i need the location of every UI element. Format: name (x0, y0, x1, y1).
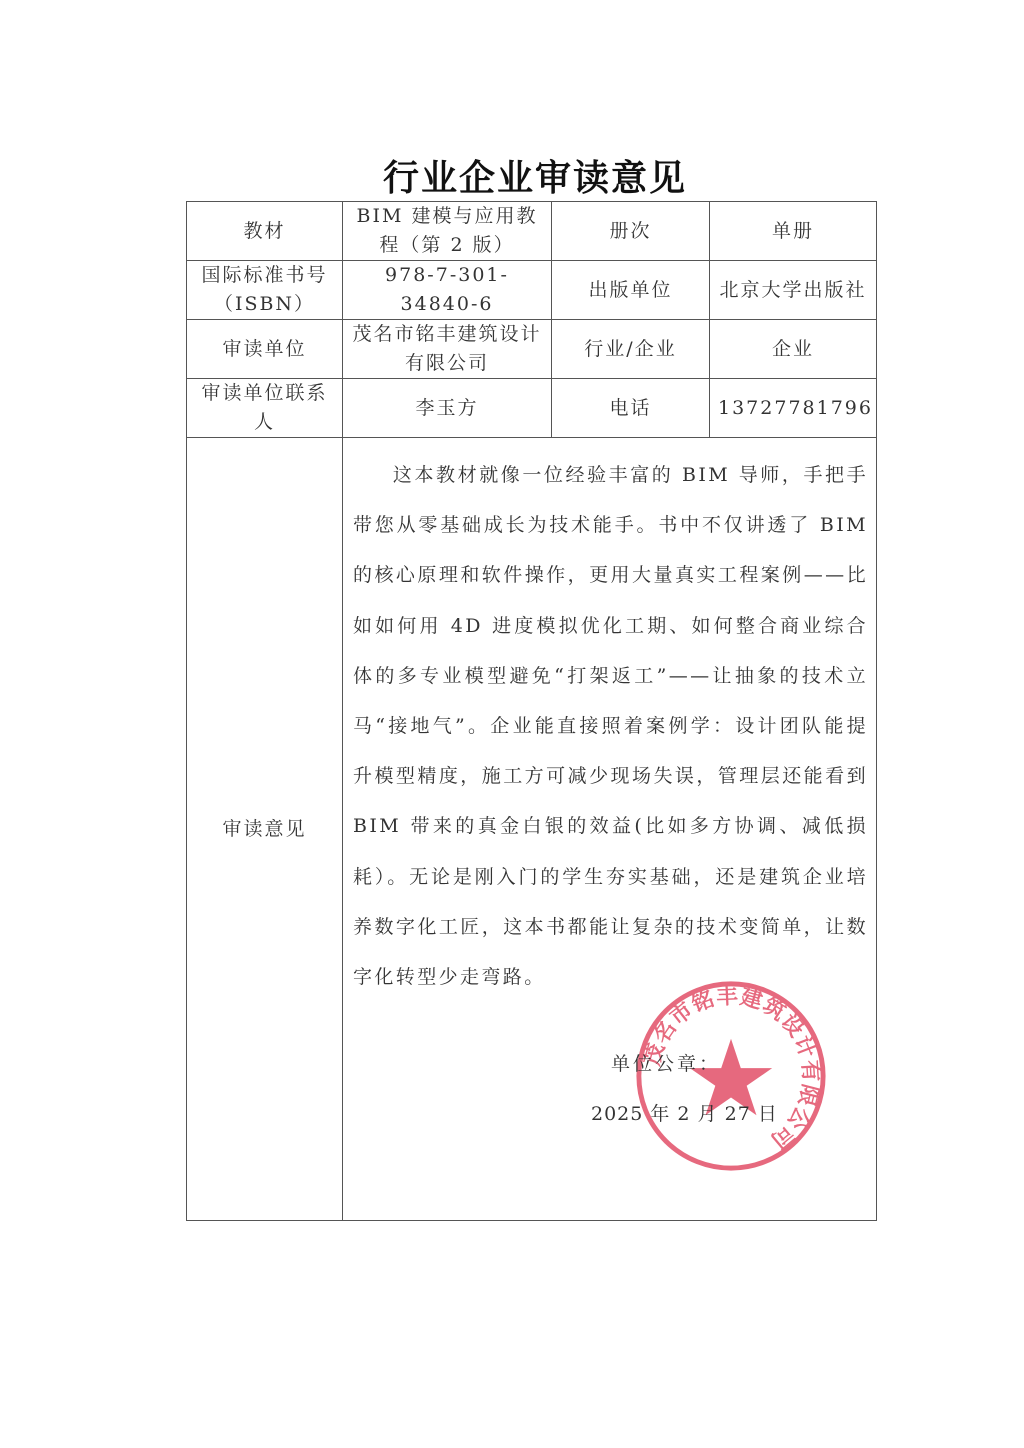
opinion-cell: 这本教材就像一位经验丰富的 BIM 导师，手把手带您从零基础成长为技术能手。书中… (343, 438, 877, 1221)
row-opinion: 审读意见 这本教材就像一位经验丰富的 BIM 导师，手把手带您从零基础成长为技术… (187, 438, 877, 1221)
value-volume: 单册 (710, 202, 877, 261)
row-reviewer-unit: 审读单位 茂名市铭丰建筑设计有限公司 行业/企业 企业 (187, 320, 877, 379)
row-contact: 审读单位联系人 李玉方 电话 13727781796 (187, 379, 877, 438)
value-publisher: 北京大学出版社 (710, 261, 877, 320)
label-volume: 册次 (552, 202, 710, 261)
review-form-table: 教材 BIM 建模与应用教程（第 2 版） 册次 单册 国际标准书号（ISBN）… (186, 201, 877, 1221)
seal-label: 单位公章： (611, 1050, 721, 1079)
label-phone: 电话 (552, 379, 710, 438)
signing-date: 2025 年 2 月 27 日 (591, 1100, 778, 1129)
value-textbook: BIM 建模与应用教程（第 2 版） (343, 202, 552, 261)
label-isbn: 国际标准书号（ISBN） (187, 261, 343, 320)
value-contact: 李玉方 (343, 379, 552, 438)
label-publisher: 出版单位 (552, 261, 710, 320)
label-opinion: 审读意见 (187, 438, 343, 1221)
value-industry-type: 企业 (710, 320, 877, 379)
row-textbook: 教材 BIM 建模与应用教程（第 2 版） 册次 单册 (187, 202, 877, 261)
label-textbook: 教材 (187, 202, 343, 261)
value-reviewer-unit: 茂名市铭丰建筑设计有限公司 (343, 320, 552, 379)
opinion-text: 这本教材就像一位经验丰富的 BIM 导师，手把手带您从零基础成长为技术能手。书中… (353, 450, 868, 1002)
value-phone: 13727781796 (710, 379, 877, 438)
value-isbn: 978-7-301-34840-6 (343, 261, 552, 320)
label-contact: 审读单位联系人 (187, 379, 343, 438)
row-isbn: 国际标准书号（ISBN） 978-7-301-34840-6 出版单位 北京大学… (187, 261, 877, 320)
label-industry-type: 行业/企业 (552, 320, 710, 379)
document-title: 行业企业审读意见 (0, 150, 1024, 201)
label-reviewer-unit: 审读单位 (187, 320, 343, 379)
